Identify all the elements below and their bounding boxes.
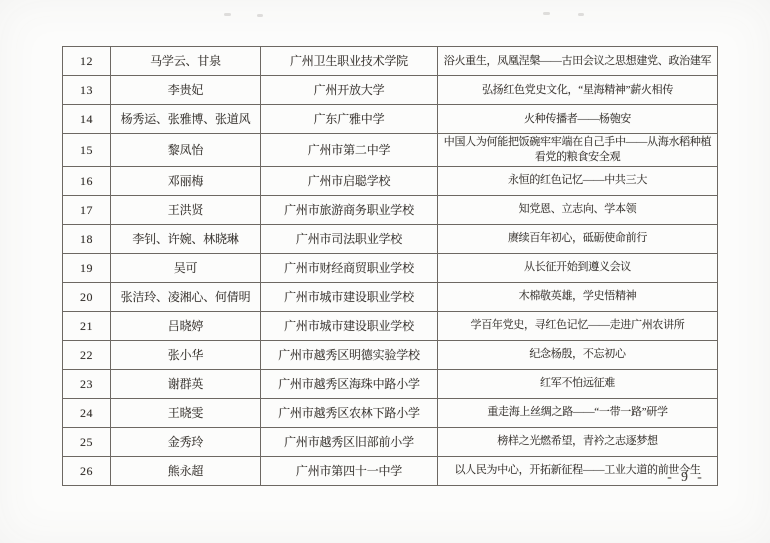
author-names-cell: 王晓雯 [111,398,261,427]
row-number-cell: 20 [63,282,111,311]
work-title-cell: 弘扬红色党史文化，“星海精神”薪火相传 [438,76,718,105]
row-number-cell: 25 [63,427,111,456]
school-name-cell: 广州市财经商贸职业学校 [261,253,438,282]
author-names-cell: 熊永超 [111,456,261,485]
table-row: 12 马学云、甘泉 广州卫生职业技术学院 浴火重生，凤凰涅槃——古田会议之思想建… [63,47,718,76]
table-row: 17 王洪贤 广州市旅游商务职业学校 知党恩、立志向、学本领 [63,195,718,224]
table-body: 12 马学云、甘泉 广州卫生职业技术学院 浴火重生，凤凰涅槃——古田会议之思想建… [63,47,718,486]
school-name-cell: 广东广雅中学 [261,105,438,134]
award-entries-table: 12 马学云、甘泉 广州卫生职业技术学院 浴火重生，凤凰涅槃——古田会议之思想建… [62,46,718,486]
work-title-cell: 从长征开始到遵义会议 [438,253,718,282]
row-number-cell: 19 [63,253,111,282]
table-row: 21 吕晓婷 广州市城市建设职业学校 学百年党史，寻红色记忆——走进广州农讲所 [63,311,718,340]
row-number-cell: 14 [63,105,111,134]
author-names-cell: 杨秀运、张雅博、张道风 [111,105,261,134]
author-names-cell: 吴可 [111,253,261,282]
table-row: 22 张小华 广州市越秀区明德实验学校 纪念杨殷，不忘初心 [63,340,718,369]
scan-artifact [257,14,263,17]
row-number-cell: 18 [63,224,111,253]
work-title-cell: 赓续百年初心，砥砺使命前行 [438,224,718,253]
school-name-cell: 广州市城市建设职业学校 [261,282,438,311]
work-title-cell: 纪念杨殷，不忘初心 [438,340,718,369]
table-row: 13 李贵妃 广州开放大学 弘扬红色党史文化，“星海精神”薪火相传 [63,76,718,105]
row-number-cell: 26 [63,456,111,485]
row-number-cell: 22 [63,340,111,369]
author-names-cell: 李钊、许婉、林晓琳 [111,224,261,253]
row-number-cell: 12 [63,47,111,76]
table-row: 14 杨秀运、张雅博、张道风 广东广雅中学 火种传播者——杨匏安 [63,105,718,134]
author-names-cell: 金秀玲 [111,427,261,456]
scan-artifact [578,13,584,16]
school-name-cell: 广州市城市建设职业学校 [261,311,438,340]
table-row: 24 王晓雯 广州市越秀区农林下路小学 重走海上丝绸之路——“一带一路”研学 [63,398,718,427]
row-number-cell: 21 [63,311,111,340]
work-title-cell: 木棉敬英雄，学史悟精神 [438,282,718,311]
school-name-cell: 广州市启聪学校 [261,166,438,195]
author-names-cell: 谢群英 [111,369,261,398]
table-row: 18 李钊、许婉、林晓琳 广州市司法职业学校 赓续百年初心，砥砺使命前行 [63,224,718,253]
author-names-cell: 邓丽梅 [111,166,261,195]
author-names-cell: 王洪贤 [111,195,261,224]
row-number-cell: 23 [63,369,111,398]
author-names-cell: 张洁玲、凌湘心、何倩明 [111,282,261,311]
work-title-cell: 重走海上丝绸之路——“一带一路”研学 [438,398,718,427]
row-number-cell: 17 [63,195,111,224]
author-names-cell: 李贵妃 [111,76,261,105]
school-name-cell: 广州市越秀区旧部前小学 [261,427,438,456]
school-name-cell: 广州市第四十一中学 [261,456,438,485]
work-title-cell: 火种传播者——杨匏安 [438,105,718,134]
school-name-cell: 广州市司法职业学校 [261,224,438,253]
school-name-cell: 广州卫生职业技术学院 [261,47,438,76]
table-row: 25 金秀玲 广州市越秀区旧部前小学 榜样之光燃希望，青衿之志逐梦想 [63,427,718,456]
work-title-cell: 榜样之光燃希望，青衿之志逐梦想 [438,427,718,456]
table-row: 16 邓丽梅 广州市启聪学校 永恒的红色记忆——中共三大 [63,166,718,195]
school-name-cell: 广州市旅游商务职业学校 [261,195,438,224]
row-number-cell: 24 [63,398,111,427]
table-row: 15 黎凤怡 广州市第二中学 中国人为何能把饭碗牢牢端在自己手中——从海水稻种植… [63,134,718,167]
table-row: 26 熊永超 广州市第四十一中学 以人民为中心，开拓新征程——工业大道的前世今生 [63,456,718,485]
school-name-cell: 广州市越秀区海珠中路小学 [261,369,438,398]
author-names-cell: 马学云、甘泉 [111,47,261,76]
school-name-cell: 广州开放大学 [261,76,438,105]
work-title-cell: 红军不怕远征难 [438,369,718,398]
scan-artifact [224,13,231,16]
work-title-cell: 浴火重生，凤凰涅槃——古田会议之思想建党、政治建军 [438,47,718,76]
school-name-cell: 广州市越秀区农林下路小学 [261,398,438,427]
table-row: 23 谢群英 广州市越秀区海珠中路小学 红军不怕远征难 [63,369,718,398]
row-number-cell: 13 [63,76,111,105]
work-title-cell: 中国人为何能把饭碗牢牢端在自己手中——从海水稻种植看党的粮食安全观 [438,134,718,167]
work-title-cell: 学百年党史，寻红色记忆——走进广州农讲所 [438,311,718,340]
author-names-cell: 张小华 [111,340,261,369]
author-names-cell: 黎凤怡 [111,134,261,167]
school-name-cell: 广州市第二中学 [261,134,438,167]
row-number-cell: 15 [63,134,111,167]
page-number: - 9 - [646,469,726,485]
work-title-cell: 知党恩、立志向、学本领 [438,195,718,224]
table-row: 20 张洁玲、凌湘心、何倩明 广州市城市建设职业学校 木棉敬英雄，学史悟精神 [63,282,718,311]
work-title-cell: 永恒的红色记忆——中共三大 [438,166,718,195]
author-names-cell: 吕晓婷 [111,311,261,340]
school-name-cell: 广州市越秀区明德实验学校 [261,340,438,369]
scan-artifact [543,12,550,15]
table-row: 19 吴可 广州市财经商贸职业学校 从长征开始到遵义会议 [63,253,718,282]
row-number-cell: 16 [63,166,111,195]
scanned-document-page: 12 马学云、甘泉 广州卫生职业技术学院 浴火重生，凤凰涅槃——古田会议之思想建… [0,0,770,543]
